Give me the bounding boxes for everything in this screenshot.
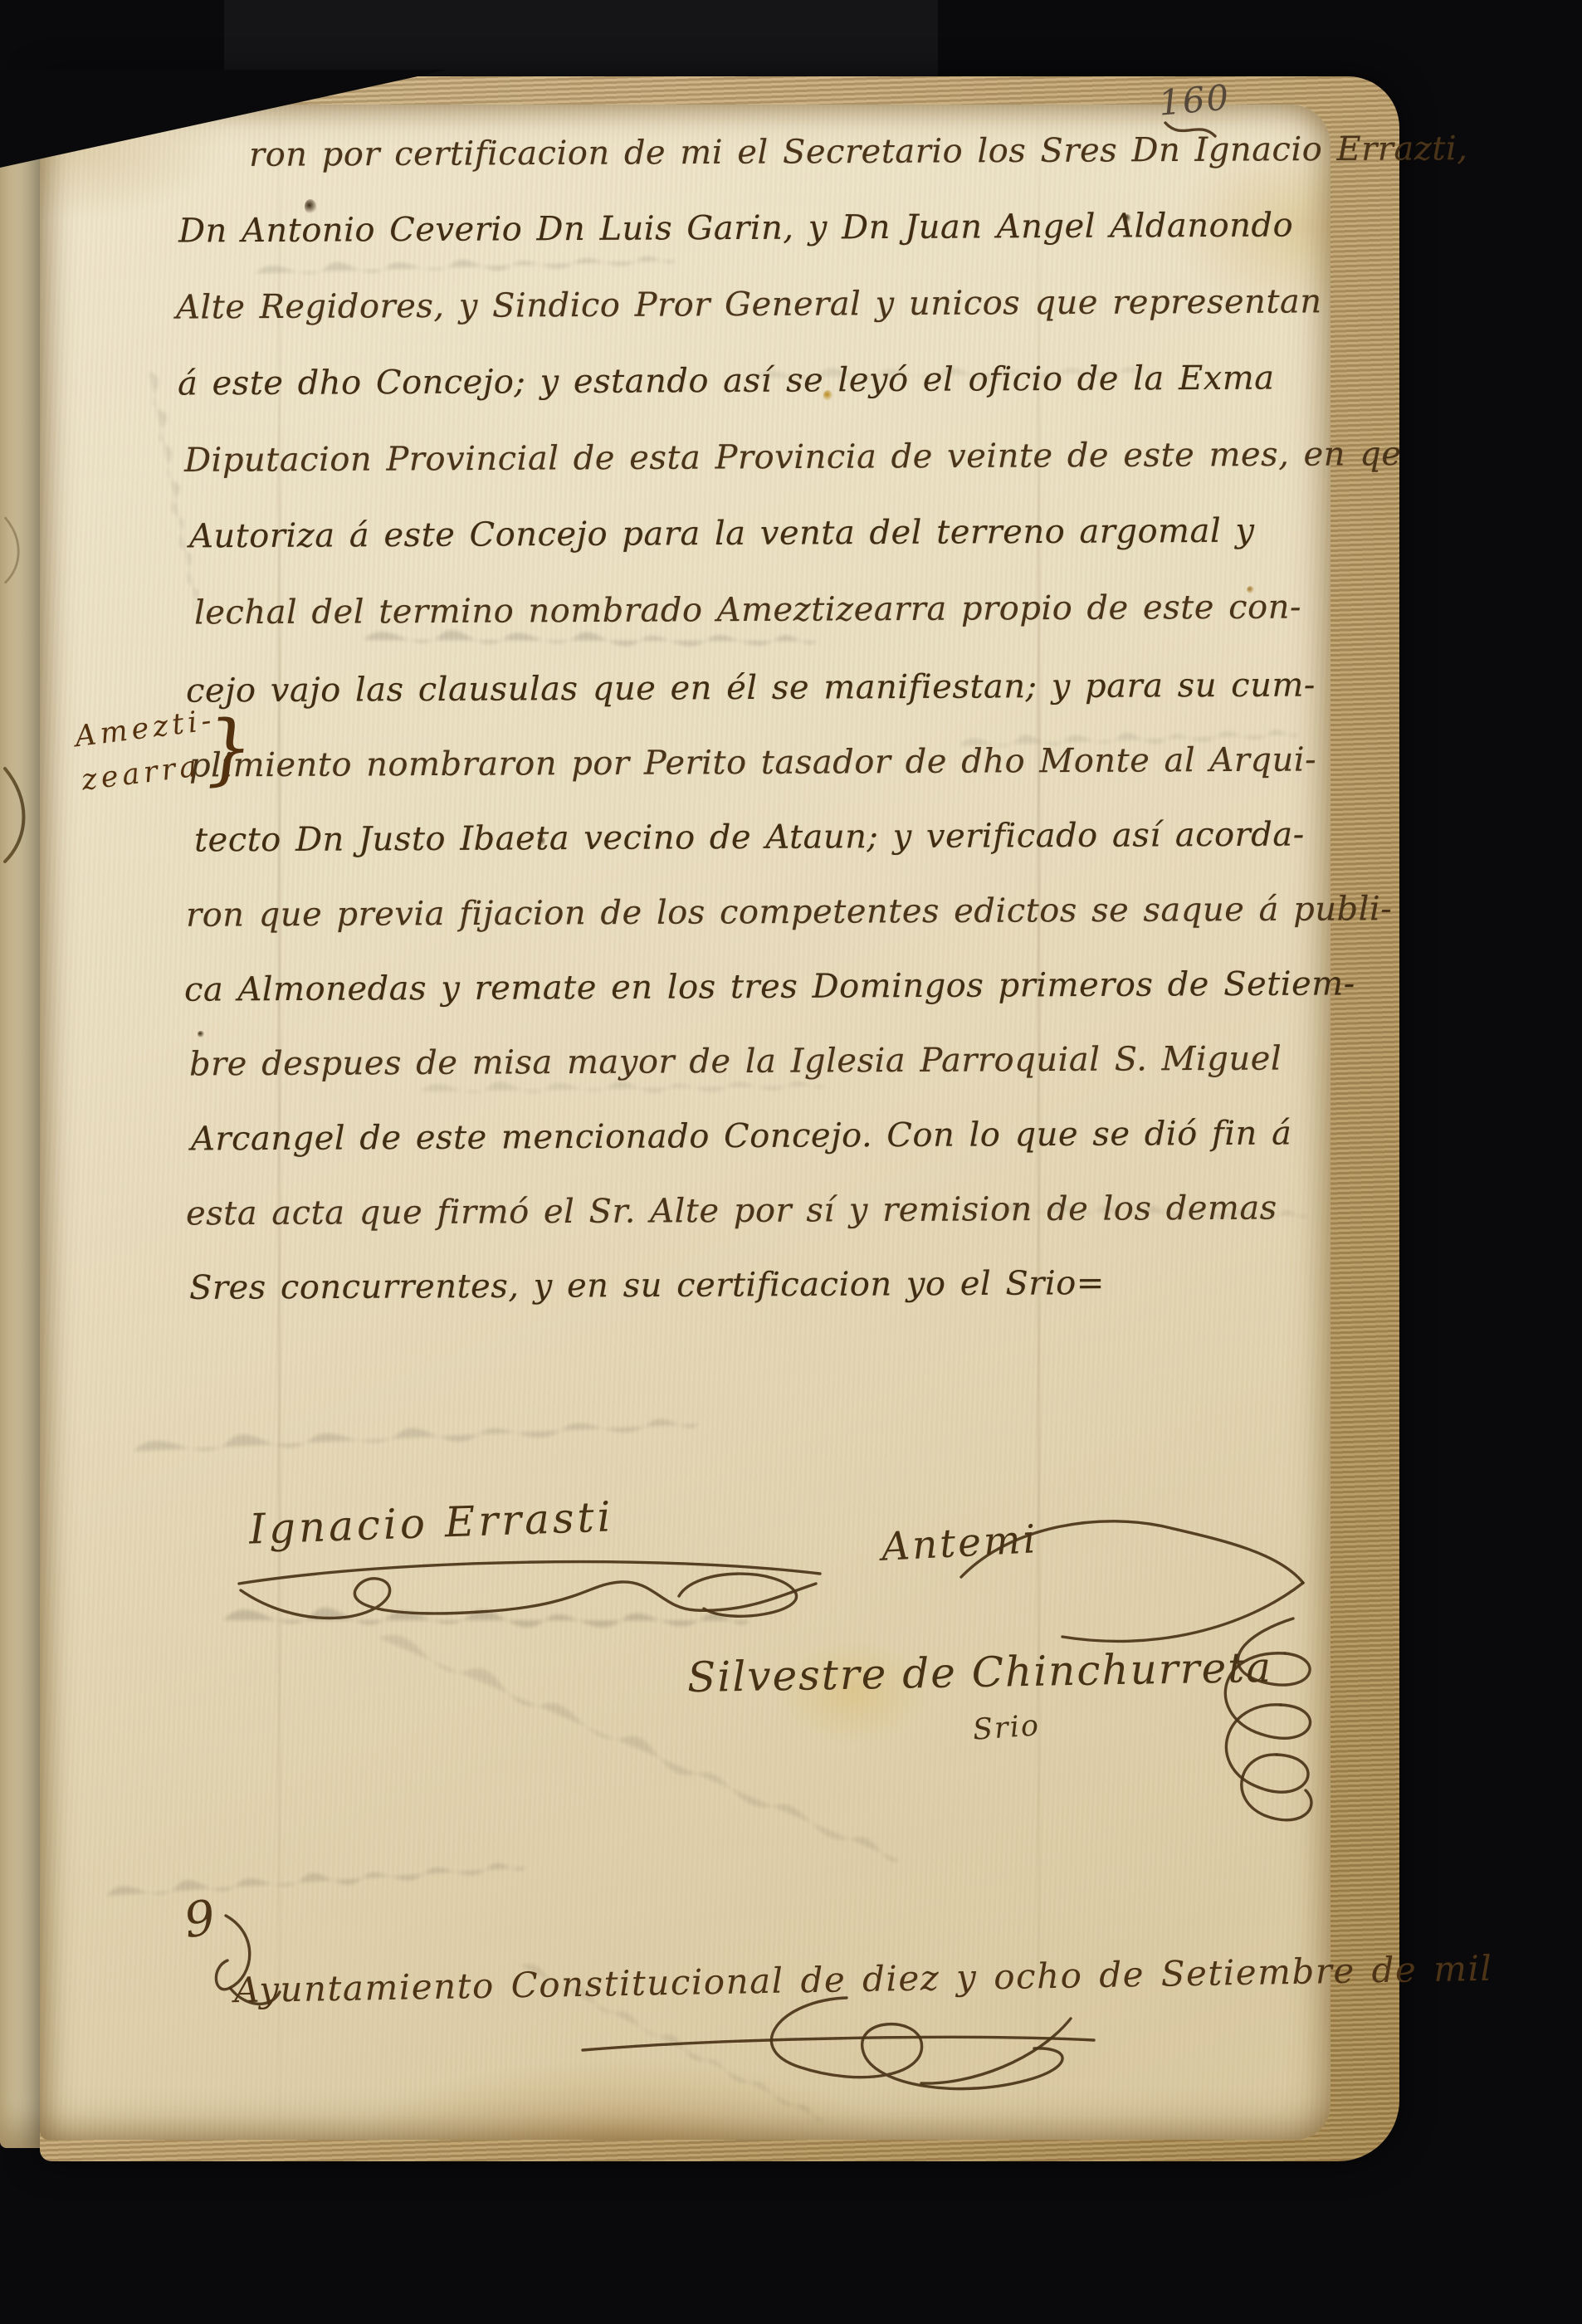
body-line-12: ca Almonedas y remate en los tres Doming… <box>184 964 1355 1008</box>
body-line-11: ron que previa fijacion de los competent… <box>186 890 1392 935</box>
secretary-rubric <box>1160 1612 1326 1861</box>
manuscript-photo: 160 ron por certificacion de mi el Secre… <box>0 0 1582 2324</box>
body-line-16: Sres concurrentes, y en su certificacion… <box>189 1264 1105 1307</box>
body-line-8: cejo vajo las clausulas que en él se man… <box>186 666 1316 710</box>
body-line-3: Alte Regidores, y Sindico Pror General y… <box>176 282 1322 326</box>
body-line-10: tecto Dn Justo Ibaeta vecino de Ataun; y… <box>194 815 1305 859</box>
footer-rubric <box>573 1985 1104 2110</box>
backdrop-tone-patch <box>224 0 938 76</box>
page-number: 160 <box>1157 76 1232 123</box>
body-line-6: Autoriza á este Concejo para la venta de… <box>189 512 1255 556</box>
margin-note-brace: } <box>201 702 256 794</box>
body-line-5: Diputacion Provincial de esta Provincia … <box>184 435 1402 480</box>
ink-spot <box>198 1031 204 1037</box>
body-line-4: á este dho Concejo; y estando así se ley… <box>178 359 1275 403</box>
body-line-1: ron por certificacion de mi el Secretari… <box>249 129 1468 174</box>
facing-page-ink-mark <box>0 764 35 871</box>
body-line-15: esta acta que firmó el Sr. Alte por sí y… <box>186 1189 1277 1233</box>
facing-page-ink-mark <box>0 515 28 589</box>
body-line-2: Dn Antonio Ceverio Dn Luis Garin, y Dn J… <box>178 206 1293 250</box>
signature-alcalde-rubric <box>231 1550 837 1658</box>
signature-secretary-title: Srio <box>972 1709 1042 1747</box>
body-line-13: bre despues de misa mayor de la Iglesia … <box>189 1040 1282 1084</box>
body-line-14: Arcangel de este mencionado Concejo. Con… <box>191 1115 1292 1159</box>
body-line-9: plimiento nombraron por Perito tasador d… <box>189 740 1316 784</box>
body-line-7: lechal del termino nombrado Ameztizearra… <box>194 588 1301 632</box>
